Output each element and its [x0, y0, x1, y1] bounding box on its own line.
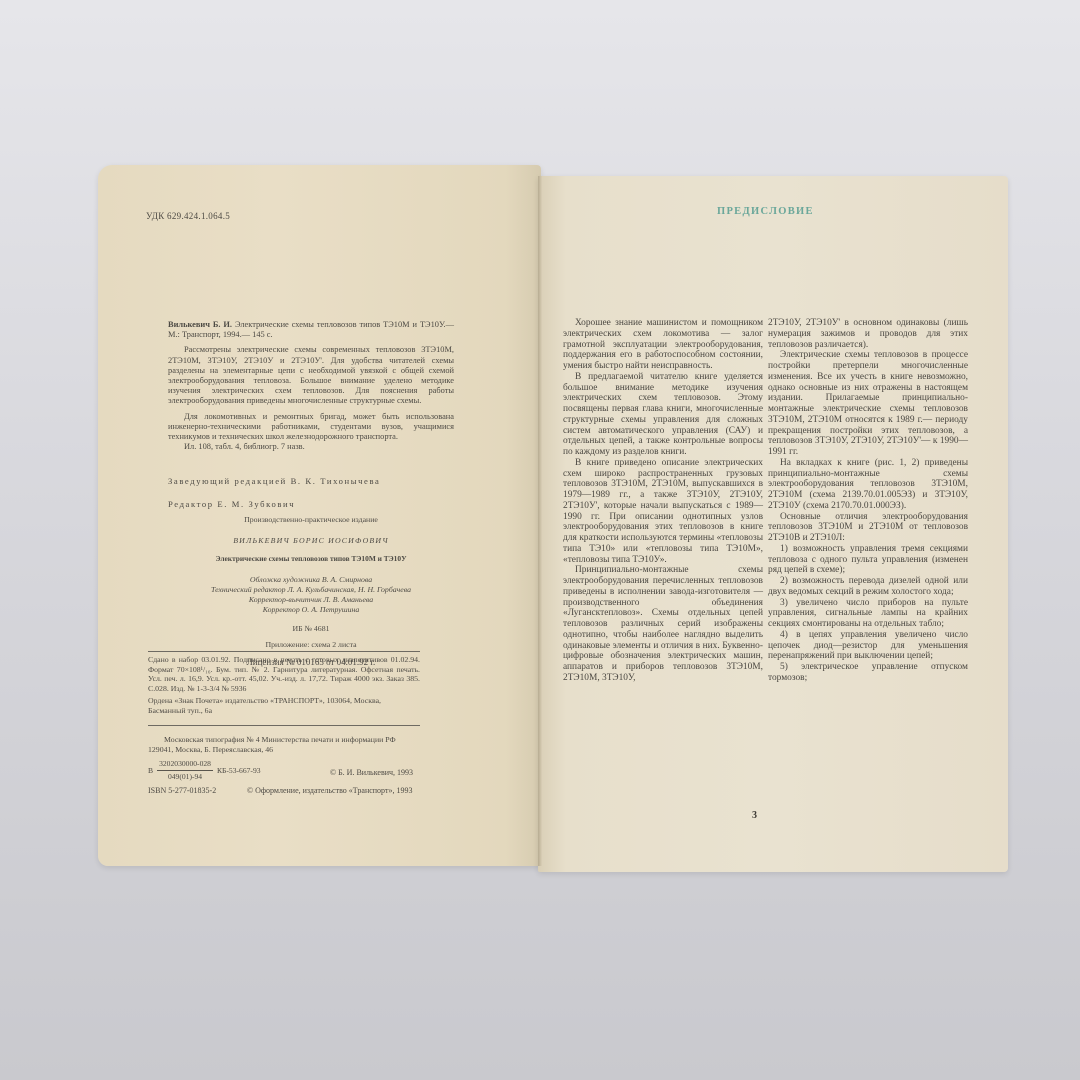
paragraph: Основные отличия электрооборудования теп…: [768, 512, 968, 544]
author-full-name: ВИЛЬКЕВИЧ БОРИС ИОСИФОВИЧ: [168, 536, 454, 547]
editor: Редактор Е. М. Зубкович: [168, 493, 380, 516]
isbn: ISBN 5-277-01835-2: [148, 786, 216, 795]
bbk-numerator: 3202030000-028: [157, 758, 213, 771]
list-item: 5) электрическое управление отпуском тор…: [768, 662, 968, 684]
technical-editor: Технический редактор Л. А. Кульбачинская…: [168, 585, 454, 595]
list-item: 2) возможность перевода дизелей одной ил…: [768, 576, 968, 598]
text-column-1: Хорошее знание машинистом и помощником э…: [563, 318, 763, 684]
paragraph: 2ТЭ10У, 2ТЭ10У' в основном одинаковы (ли…: [768, 318, 968, 350]
paragraph: На вкладках к книге (рис. 1, 2) приведен…: [768, 458, 968, 512]
paragraph: В книге приведено описание электрических…: [563, 458, 763, 566]
udk-code: УДК 629.424.1.064.5: [146, 211, 230, 221]
paragraph: Хорошее знание машинистом и помощником э…: [563, 318, 763, 372]
ib-number: ИБ № 4681: [168, 624, 454, 635]
credits: Обложка художника В. А. Смирнова Техниче…: [168, 575, 454, 615]
edition-type: Производственно-практическое издание: [168, 515, 454, 526]
imprint-block: Производственно-практическое издание ВИЛ…: [168, 515, 454, 667]
bbk-prefix: В: [148, 765, 153, 777]
publisher-info: Ордена «Знак Почета» издательство «ТРАНС…: [148, 696, 420, 715]
text-column-2: 2ТЭ10У, 2ТЭ10У' в основном одинаковы (ли…: [768, 318, 968, 684]
technical-specs: Сдано в набор 03.01.92. Подписано в печа…: [148, 655, 420, 694]
list-item: 1) возможность управления тремя секциями…: [768, 544, 968, 576]
book-spine: [538, 176, 542, 866]
book-title: Электрические схемы тепловозов типов ТЭ1…: [168, 554, 454, 565]
open-book: УДК 629.424.1.064.5 Вилькевич Б. И. Элек…: [0, 0, 1080, 1080]
printer-info: Московская типография № 4 Министерства п…: [148, 735, 420, 754]
page-number: 3: [752, 810, 757, 821]
head-editor: Заведующий редакцией В. К. Тихонычева: [168, 470, 380, 493]
printer-line-2: 129041, Москва, Б. Переяславская, 46: [148, 745, 420, 755]
copyright-author: © Б. И. Вилькевич, 1993: [330, 768, 413, 777]
cover-artist: Обложка художника В. А. Смирнова: [168, 575, 454, 585]
citation-author: Вилькевич Б. И.: [168, 320, 232, 329]
divider: [148, 651, 420, 652]
paragraph: Электрические схемы тепловозов в процесс…: [768, 350, 968, 458]
bbk-fraction: 3202030000-028 049(01)-94: [157, 758, 213, 783]
proofreader: Корректор О. А. Петрушина: [168, 605, 454, 615]
appendix-note: Приложение: схема 2 листа: [168, 640, 454, 651]
bbk-code: КБ-53-667-93: [217, 765, 261, 777]
citation: Вилькевич Б. И. Электрические схемы тепл…: [168, 320, 454, 340]
list-item: 3) увеличено число приборов на пульте уп…: [768, 598, 968, 630]
copyright-design: © Оформление, издательство «Транспорт», …: [247, 786, 412, 795]
proofreader-reader: Корректор-вычитчик Л. В. Аманьева: [168, 595, 454, 605]
audience: Для локомотивных и ремонтных бригад, мож…: [168, 412, 454, 443]
bibliographic-record: Вилькевич Б. И. Электрические схемы тепл…: [168, 320, 454, 452]
abstract: Рассмотрены электрические схемы современ…: [168, 345, 454, 406]
bbk-index: В 3202030000-028 049(01)-94 КБ-53-667-93: [148, 758, 261, 783]
paragraph: Принципиально-монтажные схемы электрообо…: [563, 565, 763, 683]
printer-line-1: Московская типография № 4 Министерства п…: [148, 735, 420, 745]
editorial-staff: Заведующий редакцией В. К. Тихонычева Ре…: [168, 470, 380, 516]
list-item: 4) в цепях управления увеличено число це…: [768, 630, 968, 662]
paragraph: В предлагаемой читателю книге уделяется …: [563, 372, 763, 458]
bbk-denominator: 049(01)-94: [168, 771, 202, 783]
divider: [148, 725, 420, 726]
section-heading: ПРЕДИСЛОВИЕ: [717, 206, 814, 217]
illustrations-count: Ил. 108, табл. 4, библиогр. 7 назв.: [168, 442, 454, 452]
